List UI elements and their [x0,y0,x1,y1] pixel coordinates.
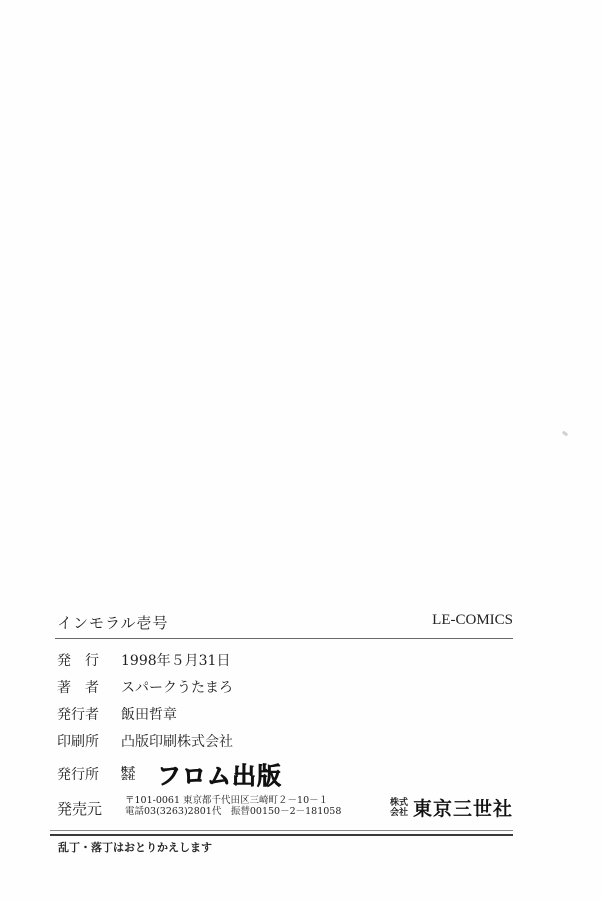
imprint-label: LE-COMICS [432,612,513,629]
bottom-divider-thick [50,834,513,836]
publisher-person-name: 飯田哲章 [121,704,177,724]
replacement-notice: 乱丁・落丁はおとりかえします [58,839,212,855]
issue-label: 発行 [57,650,121,670]
distributor-address-line1: 〒101-0061 東京都千代田区三崎町２－10－１ [125,795,341,806]
title-divider [55,638,513,639]
distributor-address: 〒101-0061 東京都千代田区三崎町２－10－１ 電話03(3263)280… [125,795,341,817]
author-name: スパークうたまろ [121,677,233,697]
publisher-company-label: 発行所 [57,764,121,784]
printer-label: 印刷所 [57,731,121,751]
distributor-corp-mark: 株式 会社 [390,798,408,818]
paper-speck [562,431,569,437]
author-row: 著者 スパークうたまろ [57,677,233,697]
author-label: 著者 [57,677,121,697]
issue-date: 1998年５月31日 [121,650,230,670]
distributor-row: 発売元 〒101-0061 東京都千代田区三崎町２－10－１ 電話03(3263… [57,792,513,822]
publisher-company-row: 発行所 株式 会社 フロム出版 [57,756,282,791]
distributor-corp-mark-bottom: 会社 [390,808,408,818]
publisher-person-row: 発行者 飯田哲章 [57,704,177,724]
distributor-name: 東京三世社 [413,794,513,821]
colophon-page: インモラル壱号 LE-COMICS 発行 1998年５月31日 著者 スパークう… [0,0,601,900]
bottom-divider-thin [50,830,513,831]
colophon-block: インモラル壱号 LE-COMICS 発行 1998年５月31日 著者 スパークう… [55,610,513,634]
distributor-corp-mark-top: 株式 [390,798,408,808]
corp-mark-bottom: 会社 [121,774,135,781]
corp-mark: 株式 会社 [121,767,135,781]
printer-name: 凸版印刷株式会社 [121,731,233,751]
issue-date-row: 発行 1998年５月31日 [57,650,230,670]
publisher-person-label: 発行者 [57,704,121,724]
distributor-phone-line: 電話03(3263)2801代 振替00150－2－181058 [125,806,341,817]
publisher-company-name: フロム出版 [157,756,282,791]
distributor-label: 発売元 [57,798,102,819]
distributor-company: 株式 会社 東京三世社 [390,794,513,821]
title-row: インモラル壱号 LE-COMICS [55,610,513,634]
printer-row: 印刷所 凸版印刷株式会社 [57,731,233,751]
book-title: インモラル壱号 [57,612,169,633]
